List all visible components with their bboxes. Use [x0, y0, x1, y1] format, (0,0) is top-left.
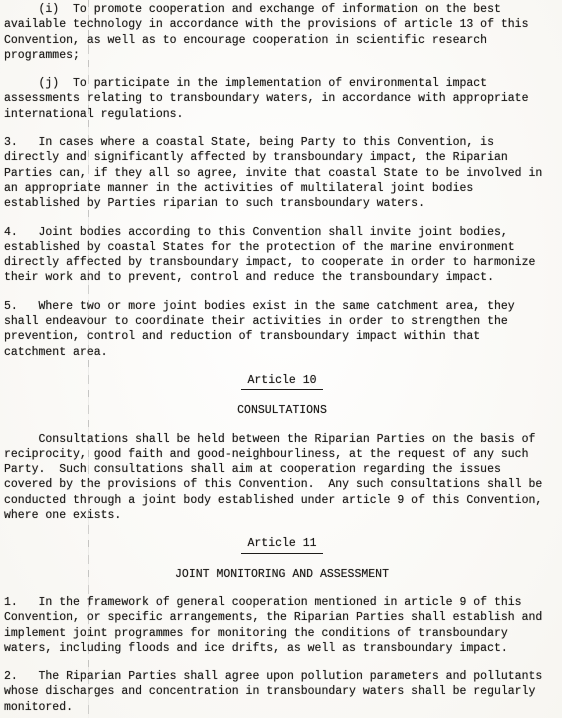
heading-joint-monitoring-text: JOINT MONITORING AND ASSESSMENT: [175, 567, 389, 582]
heading-article-11: Article 11: [4, 536, 560, 553]
paragraph-2: 2. The Riparian Parties shall agree upon…: [4, 669, 560, 715]
paragraph-clause-j: (j) To participate in the implementation…: [4, 76, 560, 122]
paragraph-consultations: Consultations shall be held between the …: [4, 432, 560, 524]
heading-joint-monitoring: JOINT MONITORING AND ASSESSMENT: [4, 567, 560, 582]
paragraph-1: 1. In the framework of general cooperati…: [4, 595, 560, 656]
paragraph-3: 3. In cases where a coastal State, being…: [4, 135, 560, 211]
heading-article-11-text: Article 11: [241, 536, 322, 553]
heading-consultations: CONSULTATIONS: [4, 403, 560, 418]
paragraph-4: 4. Joint bodies according to this Conven…: [4, 225, 560, 286]
heading-consultations-text: CONSULTATIONS: [237, 403, 327, 418]
heading-article-10: Article 10: [4, 373, 560, 390]
document-page: (i) To promote cooperation and exchange …: [0, 0, 562, 718]
paragraph-5: 5. Where two or more joint bodies exist …: [4, 299, 560, 360]
heading-article-10-text: Article 10: [241, 373, 322, 390]
paragraph-clause-i: (i) To promote cooperation and exchange …: [4, 2, 560, 63]
